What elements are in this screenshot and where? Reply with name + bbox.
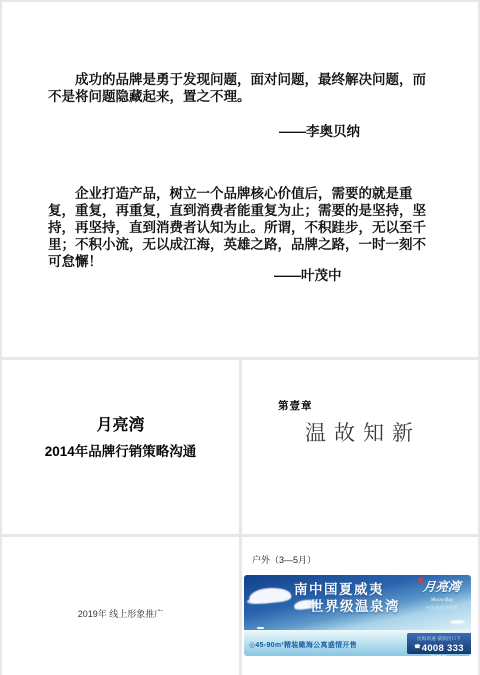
logo-location-text: 中国/阳西/沙扒湾 (416, 605, 468, 611)
hotline-box: 沈海高速·儒洞出口下 ☎4008 333 777 (407, 633, 471, 654)
offer-text: 45-90m²精装瞰海公寓盛情开售 (255, 642, 357, 649)
ad-offer-text: ◎45-90m²精装瞰海公寓盛情开售 (249, 640, 357, 650)
slide-quote: 成功的品牌是勇于发现问题，面对问题，最终解决问题，而不是将问题隐藏起来，置之不理… (2, 2, 478, 357)
logo-cn-text: 月亮湾 (422, 580, 461, 594)
logo-chinese-wordmark: 月亮湾 (422, 577, 461, 595)
chapter-heading: 温故知新 (305, 417, 421, 447)
slide-outdoor: 户外（3—5月） 南中国夏威夷 世界级温泉湾 月亮湾 Moon·Bay 中国/阳… (242, 537, 478, 675)
boat-icon (257, 627, 264, 629)
quote-signature-2: ——叶茂中 (274, 264, 342, 284)
slide-chapter: 第壹章 温故知新 (242, 360, 478, 534)
phone-icon: ☎ (414, 644, 421, 650)
billboard-ad-image: 南中国夏威夷 世界级温泉湾 月亮湾 Moon·Bay 中国/阳西/沙扒湾 ◎45… (244, 575, 471, 656)
project-subtitle: 2014年品牌行销策略沟通 (2, 440, 239, 460)
hotline-tagline: 沈海高速·儒洞出口下 (407, 633, 471, 642)
logo-english-wordmark: Moon·Bay (416, 597, 468, 603)
quote-paragraph-1: 成功的品牌是勇于发现问题，面对问题，最终解决问题，而不是将问题隐藏起来，置之不理… (48, 71, 434, 105)
quote-paragraph-2: 企业打造产品，树立一个品牌核心价值后，需要的就是重复，重复，再重复，直到消费者能… (48, 185, 434, 270)
chapter-tag: 第壹章 (278, 398, 313, 413)
horizon-cloud-icon (450, 620, 465, 624)
moonbay-logo: 月亮湾 Moon·Bay 中国/阳西/沙扒湾 (416, 577, 468, 611)
hotline-digits: 4008 333 777 (422, 643, 464, 657)
outdoor-heading: 户外（3—5月） (252, 553, 316, 566)
slide-promo: 2019年 线上形象推广 (2, 537, 239, 675)
promo-label: 2019年 线上形象推广 (2, 607, 239, 620)
quote-signature-1: ——李奥贝纳 (279, 120, 360, 140)
slide-title: 月亮湾 2014年品牌行销策略沟通 (2, 360, 239, 534)
title-block: 月亮湾 2014年品牌行销策略沟通 (2, 412, 239, 460)
project-title: 月亮湾 (2, 412, 239, 435)
ad-subheadline: 世界级温泉湾 (310, 595, 400, 615)
cloud-wisp-icon (247, 599, 260, 604)
hotline-number: ☎4008 333 777 (407, 642, 471, 657)
